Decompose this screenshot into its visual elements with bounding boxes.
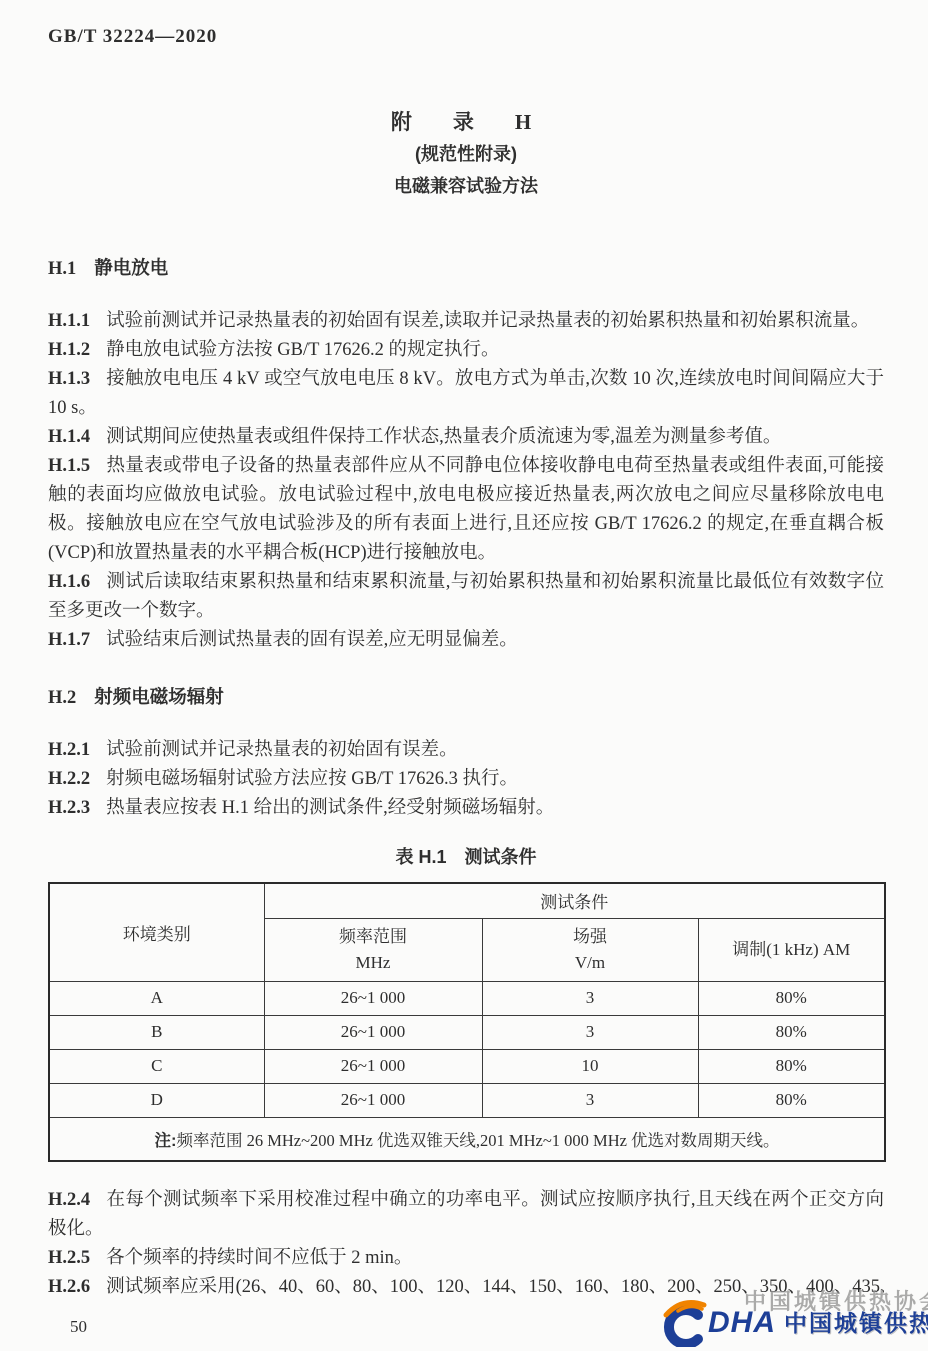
table-row: B 26~1 000 3 80% (49, 1015, 885, 1049)
paragraph-label: H.2.5 (48, 1248, 90, 1268)
page-number: 50 (70, 1317, 87, 1337)
appendix-name: 电磁兼容试验方法 (48, 170, 884, 202)
appendix-title: 附 录 H (48, 106, 884, 138)
section-heading-h2: H.2射频电磁场辐射 (48, 685, 884, 710)
cell-freq: 26~1 000 (264, 1049, 482, 1083)
paragraph-label: H.1.6 (48, 572, 90, 592)
table-group-header-row: 环境类别 测试条件 (49, 883, 885, 918)
paragraph-label: H.1.5 (48, 456, 90, 476)
table-row: D 26~1 000 3 80% (49, 1083, 885, 1117)
cell-mod: 80% (698, 981, 885, 1015)
section-title: 射频电磁场辐射 (94, 686, 224, 707)
paragraph-h2-4: H.2.4在每个测试频率下采用校准过程中确立的功率电平。测试应按顺序执行,且天线… (48, 1186, 884, 1244)
paragraph-text: 试验结束后测试热量表的固有误差,应无明显偏差。 (106, 630, 518, 650)
cell-freq: 26~1 000 (264, 1015, 482, 1049)
appendix-subtitle: (规范性附录) (48, 138, 884, 170)
paragraph-label: H.2.6 (48, 1277, 90, 1297)
cell-mod: 80% (698, 1049, 885, 1083)
cell-field: 3 (482, 1015, 698, 1049)
cell-freq: 26~1 000 (264, 1083, 482, 1117)
document-page: GB/T 32224—2020 附 录 H (规范性附录) 电磁兼容试验方法 H… (0, 0, 928, 1351)
paragraph-h2-2: H.2.2射频电磁场辐射试验方法应按 GB/T 17626.3 执行。 (48, 765, 884, 794)
paragraph-h1-7: H.1.7试验结束后测试热量表的固有误差,应无明显偏差。 (48, 626, 884, 655)
paragraph-h2-5: H.2.5各个频率的持续时间不应低于 2 min。 (48, 1244, 884, 1273)
paragraph-text: 试验前测试并记录热量表的初始固有误差,读取并记录热量表的初始累积热量和初始累积流… (106, 311, 869, 331)
cell-env: C (49, 1049, 264, 1083)
section-id: H.1 (48, 259, 76, 279)
watermark-org-name: 中国城镇供热协会 (784, 1312, 928, 1335)
paragraph-h2-3: H.2.3热量表应按表 H.1 给出的测试条件,经受射频磁场辐射。 (48, 794, 884, 823)
paragraph-text: 各个频率的持续时间不应低于 2 min。 (106, 1248, 412, 1268)
watermark-logo-text: DHA (708, 1308, 776, 1338)
paragraph-h1-5: H.1.5热量表或带电子设备的热量表部件应从不同静电位体接收静电电荷至热量表或组… (48, 452, 884, 568)
table-row: C 26~1 000 10 80% (49, 1049, 885, 1083)
paragraph-text: 热量表或带电子设备的热量表部件应从不同静电位体接收静电电荷至热量表或组件表面,可… (48, 456, 884, 563)
paragraph-text: 静电放电试验方法按 GB/T 17626.2 的规定执行。 (106, 340, 499, 360)
col-header-modulation: 调制(1 kHz) AM (698, 918, 885, 981)
cell-field: 3 (482, 981, 698, 1015)
paragraph-label: H.1.4 (48, 427, 90, 447)
paragraph-label: H.1.7 (48, 630, 90, 650)
cell-freq: 26~1 000 (264, 981, 482, 1015)
paragraph-h1-2: H.1.2静电放电试验方法按 GB/T 17626.2 的规定执行。 (48, 336, 884, 365)
cell-field: 10 (482, 1049, 698, 1083)
cell-env: A (49, 981, 264, 1015)
section-title: 静电放电 (94, 257, 168, 278)
paragraph-text: 在每个测试频率下采用校准过程中确立的功率电平。测试应按顺序执行,且天线在两个正交… (48, 1190, 884, 1239)
col-header-environment: 环境类别 (49, 883, 264, 981)
table-row: A 26~1 000 3 80% (49, 981, 885, 1015)
table-caption: 表 H.1 测试条件 (48, 843, 884, 869)
cdha-emblem-icon (652, 1299, 714, 1347)
paragraph-label: H.2.2 (48, 769, 90, 789)
section-id: H.2 (48, 688, 76, 708)
paragraph-h2-1: H.2.1试验前测试并记录热量表的初始固有误差。 (48, 736, 884, 765)
paragraph-text: 射频电磁场辐射试验方法应按 GB/T 17626.3 执行。 (106, 769, 518, 789)
paragraph-text: 热量表应按表 H.1 给出的测试条件,经受射频磁场辐射。 (106, 798, 554, 818)
paragraph-label: H.1.1 (48, 311, 90, 331)
section-heading-h1: H.1静电放电 (48, 256, 884, 281)
paragraph-text: 测试期间应使热量表或组件保持工作状态,热量表介质流速为零,温差为测量参考值。 (106, 427, 781, 447)
cell-env: B (49, 1015, 264, 1049)
paragraph-h1-3: H.1.3接触放电电压 4 kV 或空气放电电压 8 kV。放电方式为单击,次数… (48, 365, 884, 423)
col-header-field-strength: 场强V/m (482, 918, 698, 981)
paragraph-label: H.2.4 (48, 1190, 90, 1210)
cell-mod: 80% (698, 1015, 885, 1049)
standard-code: GB/T 32224—2020 (48, 26, 884, 48)
table-note-row: 注:频率范围 26 MHz~200 MHz 优选双锥天线,201 MHz~1 0… (49, 1117, 885, 1161)
paragraph-h1-6: H.1.6测试后读取结束累积热量和结束累积流量,与初始累积热量和初始累积流量比最… (48, 568, 884, 626)
col-header-frequency: 频率范围MHz (264, 918, 482, 981)
paragraph-label: H.1.3 (48, 369, 90, 389)
test-conditions-table: 环境类别 测试条件 频率范围MHz 场强V/m 调制(1 kHz) AM A 2… (48, 882, 886, 1162)
appendix-title-block: 附 录 H (规范性附录) 电磁兼容试验方法 (48, 106, 884, 202)
paragraph-label: H.2.1 (48, 740, 90, 760)
paragraph-label: H.1.2 (48, 340, 90, 360)
paragraph-text: 接触放电电压 4 kV 或空气放电电压 8 kV。放电方式为单击,次数 10 次… (48, 369, 884, 418)
col-header-test-conditions: 测试条件 (264, 883, 885, 918)
cdha-watermark-logo: 中国城镇供热协会 DHA 中国城镇供热协会 (652, 1285, 922, 1347)
paragraph-label: H.2.3 (48, 798, 90, 818)
cell-field: 3 (482, 1083, 698, 1117)
paragraph-text: 测试后读取结束累积热量和结束累积流量,与初始累积热量和初始累积流量比最低位有效数… (48, 572, 884, 621)
table-note: 注:频率范围 26 MHz~200 MHz 优选双锥天线,201 MHz~1 0… (49, 1117, 885, 1161)
cell-mod: 80% (698, 1083, 885, 1117)
paragraph-h1-1: H.1.1试验前测试并记录热量表的初始固有误差,读取并记录热量表的初始累积热量和… (48, 307, 884, 336)
cell-env: D (49, 1083, 264, 1117)
paragraph-h1-4: H.1.4测试期间应使热量表或组件保持工作状态,热量表介质流速为零,温差为测量参… (48, 423, 884, 452)
paragraph-text: 试验前测试并记录热量表的初始固有误差。 (106, 740, 458, 760)
